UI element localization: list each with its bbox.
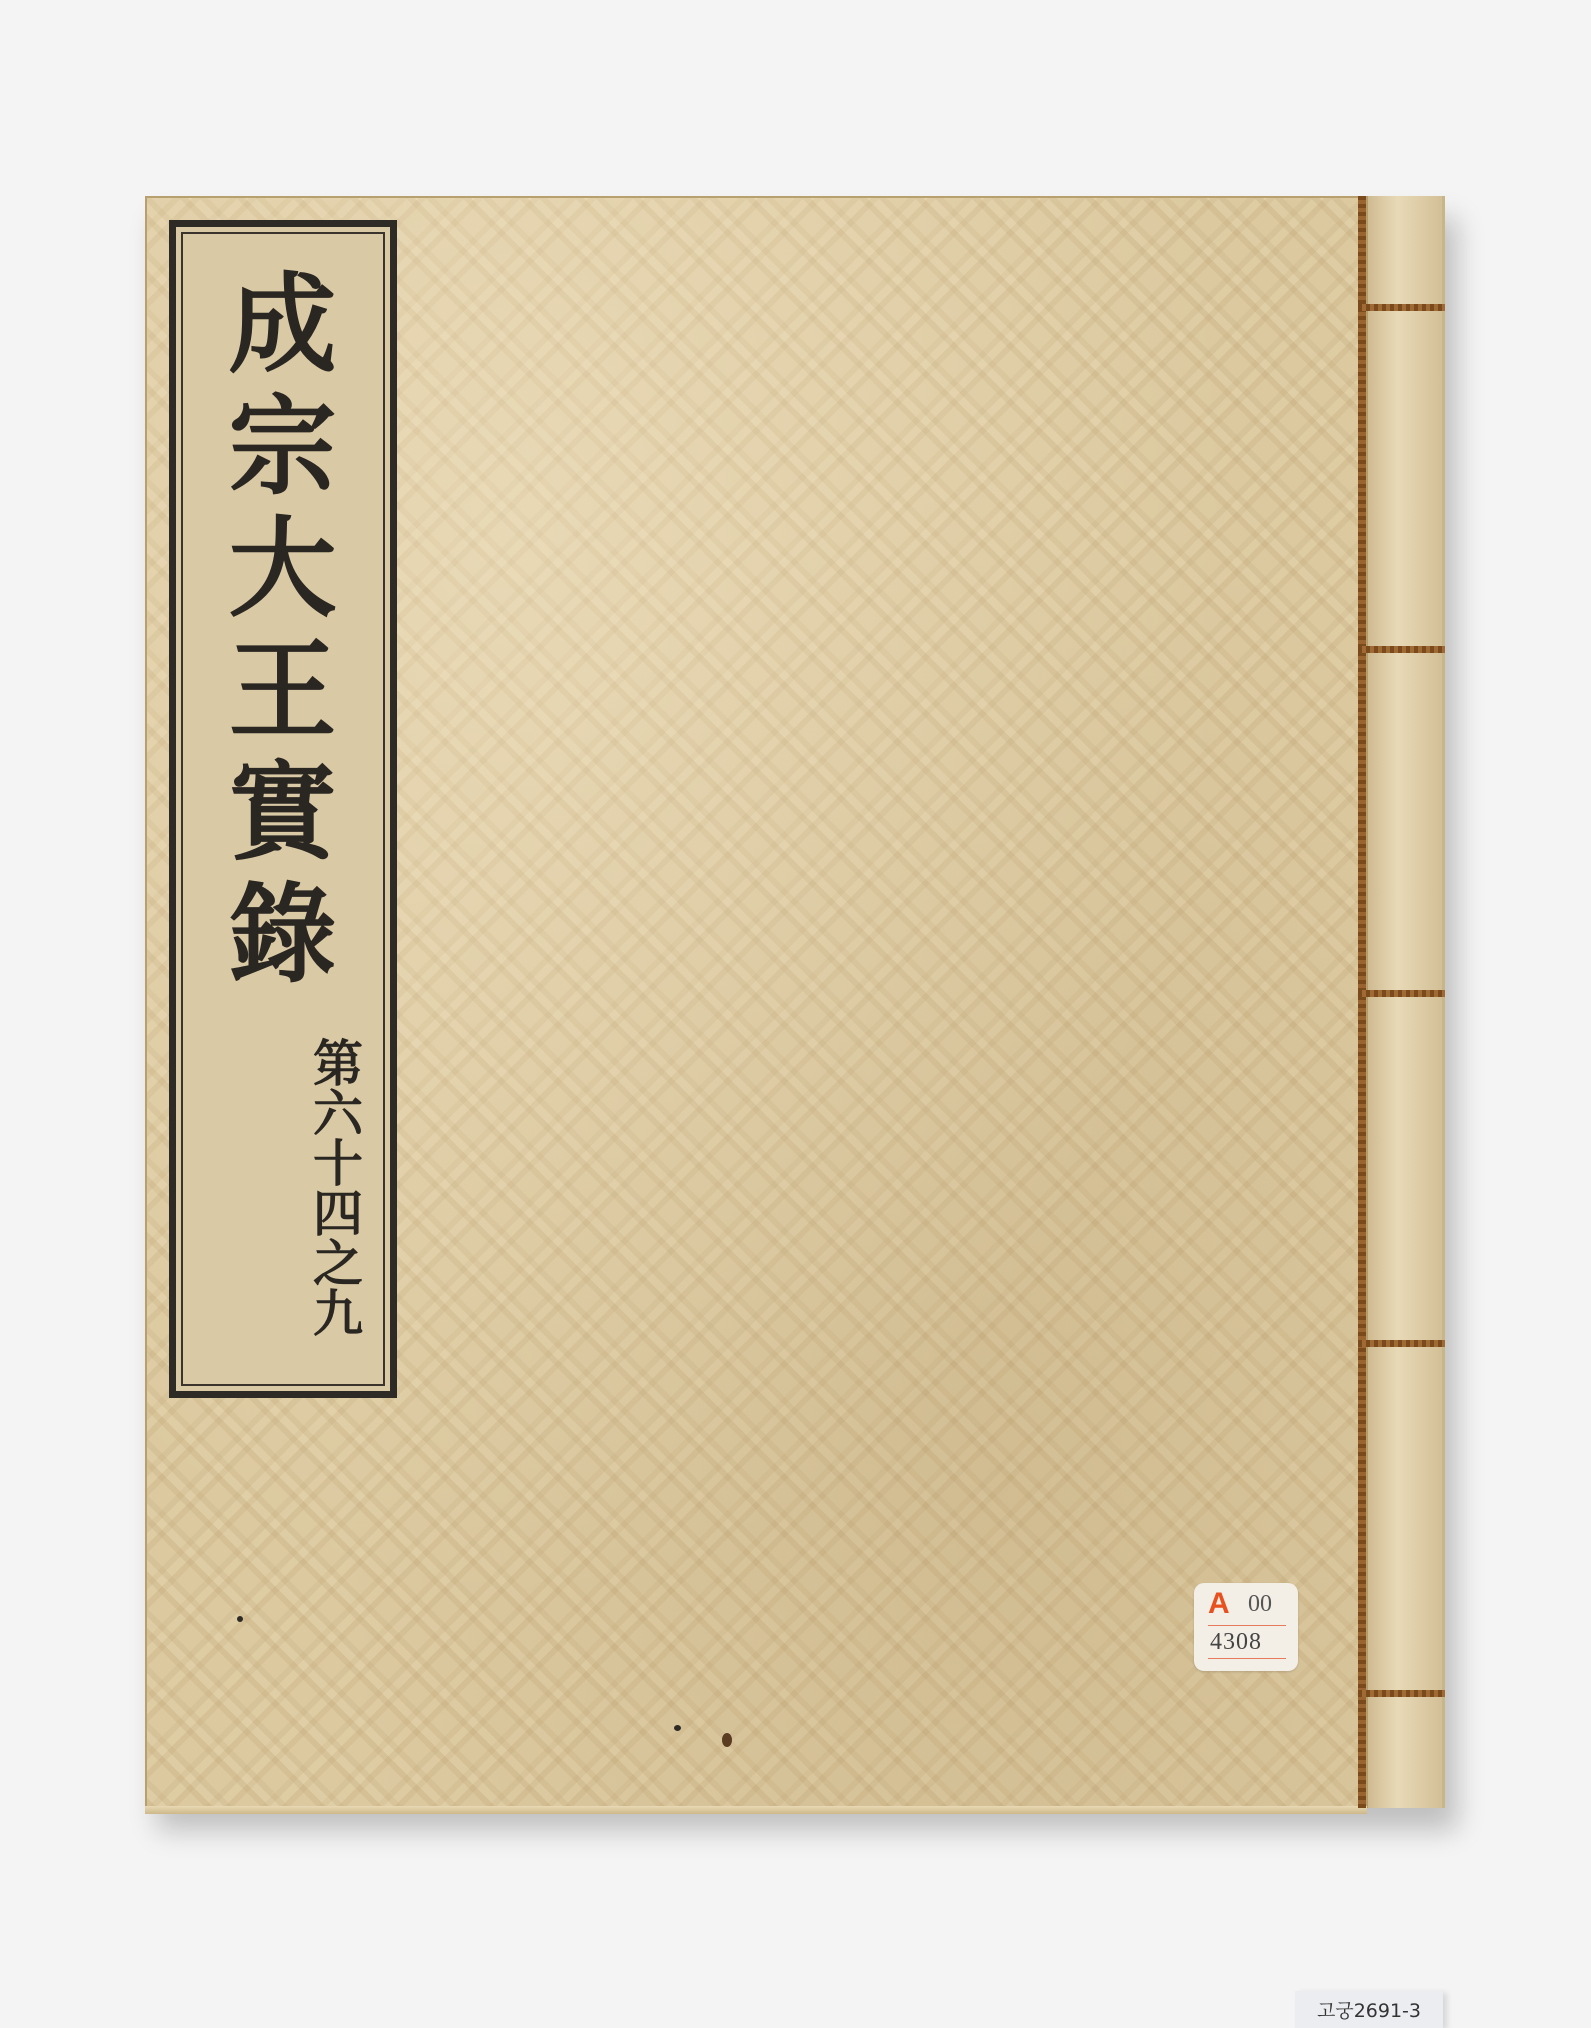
label-letter: A	[1208, 1587, 1230, 1621]
ink-spot	[237, 1616, 243, 1622]
book-cover: 成宗大王實錄 第六十四之九 A 00 4308	[145, 196, 1367, 1808]
page-edge	[145, 1806, 1367, 1814]
binding-cord-stitch	[1358, 646, 1445, 653]
binding-cord-stitch	[1358, 1340, 1445, 1347]
book: 成宗大王實錄 第六十四之九 A 00 4308	[145, 196, 1445, 1808]
binding-cord-stitch	[1358, 1690, 1445, 1697]
volume-number: 第六十四之九	[294, 1037, 364, 1337]
label-bottom-number: 4308	[1210, 1629, 1262, 1656]
label-top-number: 00	[1248, 1591, 1272, 1618]
book-title: 成宗大王實錄	[206, 267, 346, 999]
label-divider	[1208, 1658, 1286, 1659]
show-through-text	[667, 878, 724, 924]
binding-cord-stitch	[1358, 304, 1445, 311]
ink-spot	[722, 1733, 732, 1747]
book-spine	[1367, 196, 1445, 1808]
inventory-label: A 00 4308	[1194, 1583, 1298, 1671]
label-divider	[1208, 1625, 1286, 1626]
catalog-number-tag: 고궁2691-3	[1295, 1991, 1443, 2028]
binding-cord-stitch	[1358, 990, 1445, 997]
ink-spot	[674, 1725, 681, 1731]
binding-cord-vertical	[1358, 196, 1366, 1808]
title-slip: 成宗大王實錄 第六十四之九	[169, 220, 397, 1398]
